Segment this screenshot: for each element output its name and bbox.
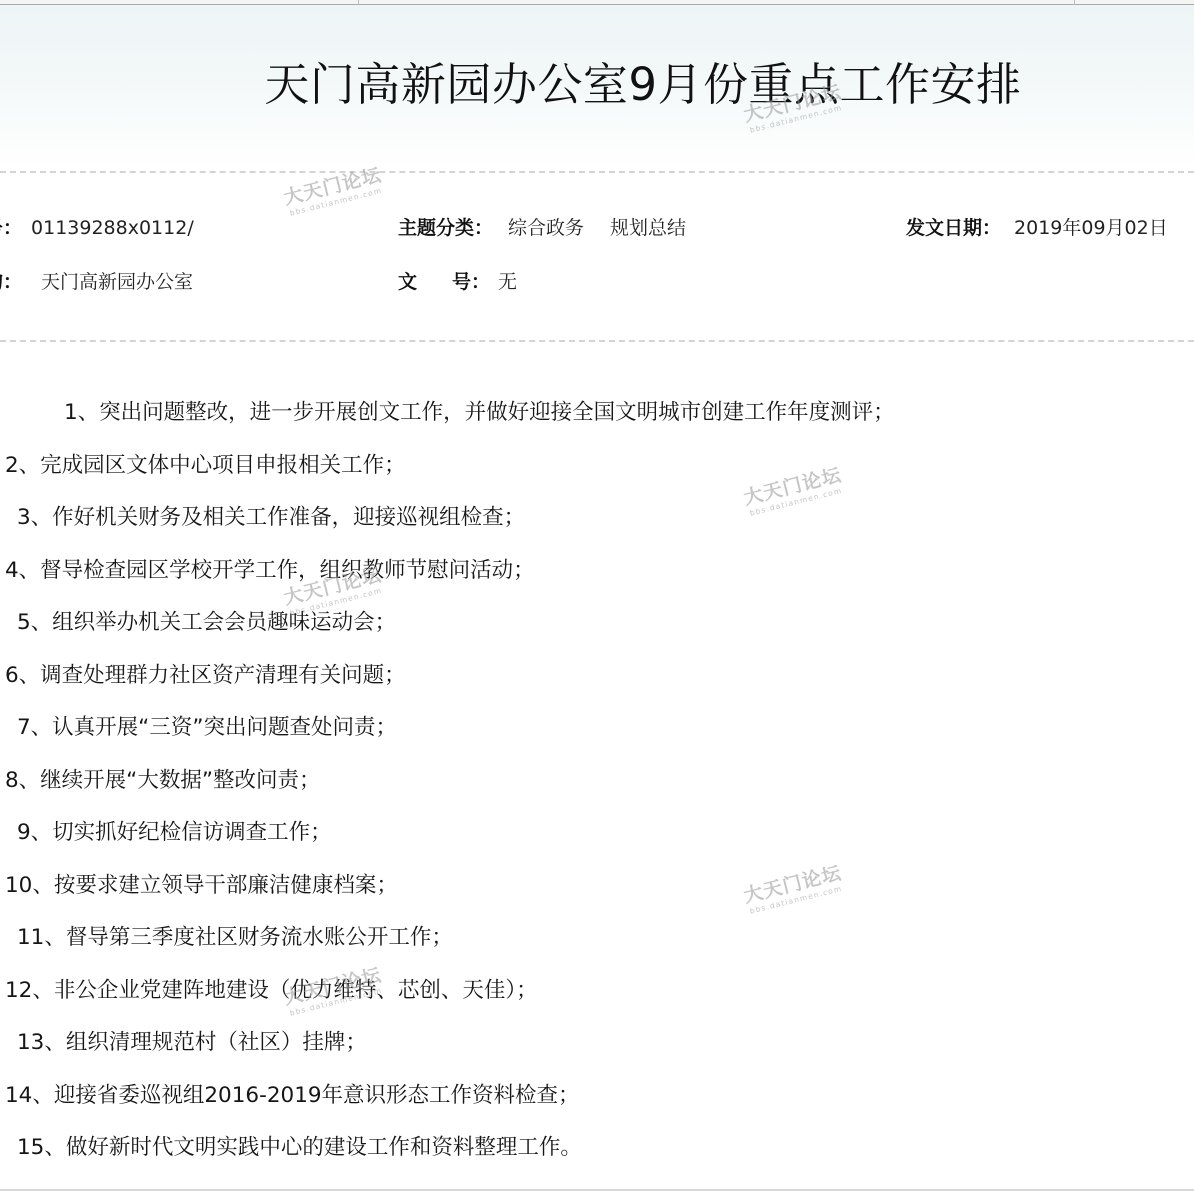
watermark-text-cn: 大天门论坛 (742, 864, 844, 907)
issuing-org-field: 构：天门高新园办公室 (0, 267, 193, 297)
page-title: 天门高新园办公室9月份重点工作安排 (0, 55, 1194, 115)
list-item-3: 3、作好机关财务及相关工作准备，迎接巡视组检查； (17, 503, 525, 533)
list-item-7: 7、认真开展“三资”突出问题查处问责； (17, 713, 397, 743)
watermark: 大天门论坛 bbs.datianmen.com (742, 466, 846, 518)
list-item-12: 12、非公企业党建阵地建设（优力维特、芯创、天佳）； (5, 976, 538, 1006)
dashed-divider-bottom (0, 340, 1194, 342)
watermark-text-en: bbs.datianmen.com (749, 884, 846, 915)
watermark: 大天门论坛 bbs.datianmen.com (742, 864, 846, 916)
subject-category-value-2: 规划总结 (610, 217, 686, 239)
watermark-text-en: bbs.datianmen.com (749, 486, 846, 517)
list-item-14: 14、迎接省委巡视组2016-2019年意识形态工作资料检查； (5, 1081, 580, 1111)
index-number-label: 号： (0, 217, 22, 239)
issuing-org-value: 天门高新园办公室 (41, 271, 193, 293)
dashed-divider-top (0, 171, 1194, 173)
document-number-label-2: 号： (452, 271, 490, 293)
list-item-4: 4、督导检查园区学校开学工作，组织教师节慰问活动； (5, 556, 535, 586)
list-item-2: 2、完成园区文体中心项目申报相关工作； (5, 451, 406, 481)
watermark: 大天门论坛 bbs.datianmen.com (282, 166, 386, 218)
bottom-divider (0, 1189, 1194, 1191)
list-item-5: 5、组织举办机关工会会员趣味运动会； (17, 608, 396, 638)
list-item-10: 10、按要求建立领导干部廉洁健康档案； (5, 871, 398, 901)
document-number-value: 无 (498, 271, 517, 293)
watermark-text-cn: 大天门论坛 (742, 466, 844, 509)
header-band: 天门高新园办公室9月份重点工作安排 (0, 5, 1194, 170)
index-number-value: 01139288x0112/ (31, 217, 194, 239)
list-item-11: 11、督导第三季度社区财务流水账公开工作； (17, 923, 453, 953)
list-item-1: 1、突出问题整改，进一步开展创文工作，并做好迎接全国文明城市创建工作年度测评； (64, 398, 895, 428)
metadata-row-1: 号：01139288x0112/ 主题分类：综合政务规划总结 发文日期：2019… (0, 213, 1194, 243)
list-item-15: 15、做好新时代文明实践中心的建设工作和资料整理工作。 (17, 1133, 582, 1163)
issue-date-label: 发文日期： (906, 217, 1001, 239)
document-number-label-1: 文 (398, 271, 417, 293)
list-item-8: 8、继续开展“大数据”整改问责； (5, 766, 320, 796)
document-number-field: 文号：无 (398, 267, 517, 297)
index-number-field: 号：01139288x0112/ (0, 213, 194, 243)
list-item-13: 13、组织清理规范村（社区）挂牌； (17, 1028, 367, 1058)
issue-date-field: 发文日期：2019年09月02日 (906, 213, 1168, 243)
subject-category-value-1: 综合政务 (508, 217, 584, 239)
issue-date-value: 2019年09月02日 (1014, 217, 1168, 239)
list-item-9: 9、切实抓好纪检信访调查工作； (17, 818, 332, 848)
subject-category-label: 主题分类： (398, 217, 493, 239)
metadata-row-2: 构：天门高新园办公室 文号：无 (0, 267, 1194, 297)
issuing-org-label: 构： (0, 271, 22, 293)
list-item-6: 6、调查处理群力社区资产清理有关问题； (5, 661, 406, 691)
subject-category-field: 主题分类：综合政务规划总结 (398, 213, 686, 243)
